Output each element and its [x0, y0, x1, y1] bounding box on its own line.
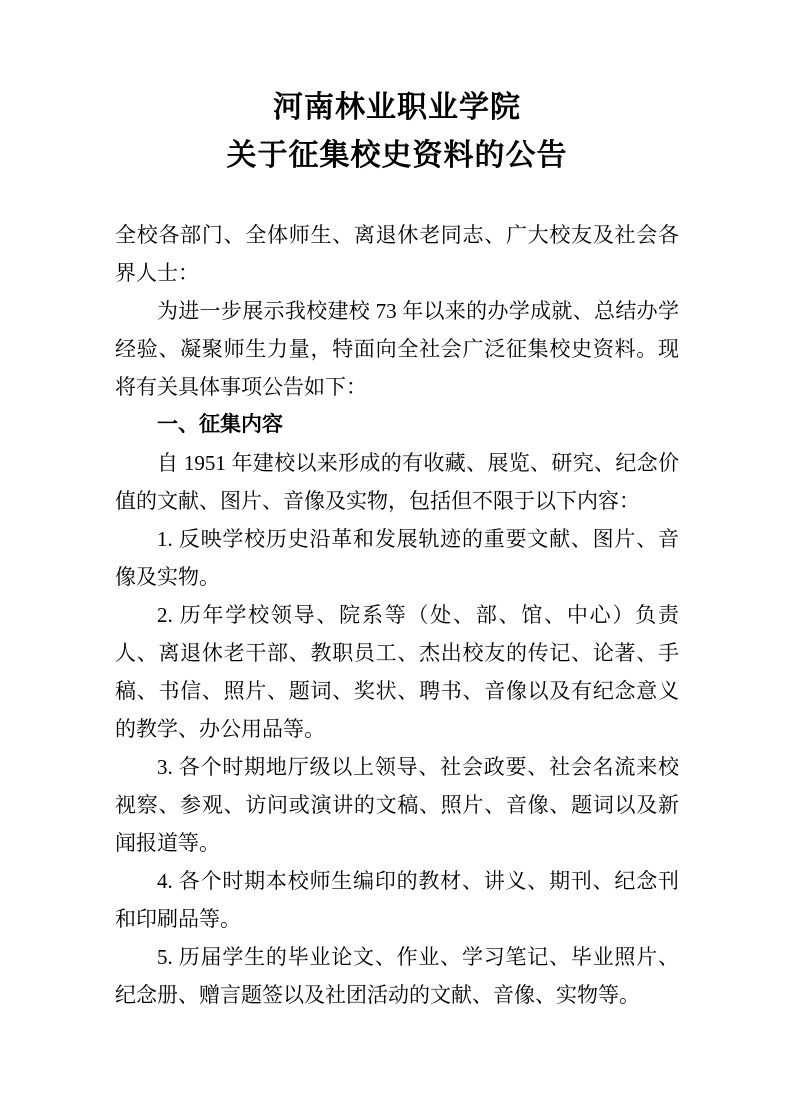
document-title-line1: 河南林业职业学院: [115, 84, 679, 132]
paragraph: 4. 各个时期本校师生编印的教材、讲义、期刊、纪念刊和印刷品等。: [115, 862, 679, 938]
section-heading: 一、征集内容: [115, 406, 679, 444]
paragraph: 1. 反映学校历史沿革和发展轨迹的重要文献、图片、音像及实物。: [115, 520, 679, 596]
document-title: 河南林业职业学院 关于征集校史资料的公告: [115, 84, 679, 180]
paragraph: 自 1951 年建校以来形成的有收藏、展览、研究、纪念价值的文献、图片、音像及实…: [115, 444, 679, 520]
paragraph: 5. 历届学生的毕业论文、作业、学习笔记、毕业照片、纪念册、赠言题签以及社团活动…: [115, 938, 679, 1014]
paragraph: 3. 各个时期地厅级以上领导、社会政要、社会名流来校视察、参观、访问或演讲的文稿…: [115, 748, 679, 862]
paragraph: 2. 历年学校领导、院系等（处、部、馆、中心）负责人、离退休老干部、教职员工、杰…: [115, 596, 679, 748]
document-page: 河南林业职业学院 关于征集校史资料的公告 全校各部门、全体师生、离退休老同志、广…: [0, 0, 794, 1108]
document-title-line2: 关于征集校史资料的公告: [115, 132, 679, 180]
paragraph: 全校各部门、全体师生、离退休老同志、广大校友及社会各界人士：: [115, 216, 679, 292]
document-body: 全校各部门、全体师生、离退休老同志、广大校友及社会各界人士：为进一步展示我校建校…: [115, 216, 679, 1014]
paragraph: 为进一步展示我校建校 73 年以来的办学成就、总结办学经验、凝聚师生力量，特面向…: [115, 292, 679, 406]
